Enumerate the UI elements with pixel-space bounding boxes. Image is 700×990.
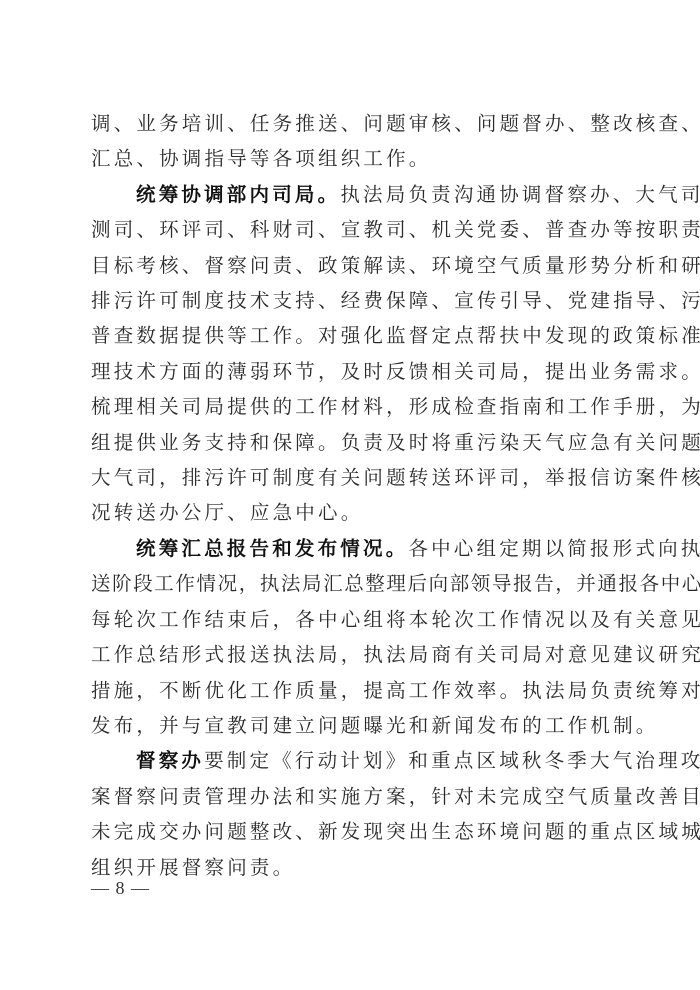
text-span: 要制定《行动计划》和重点区域秋冬季大气治理攻坚方 — [204, 749, 700, 772]
text-line: 组织开展督察问责。 — [91, 850, 635, 885]
text-line: 梳理相关司局提供的工作材料，形成检查指南和工作手册，为工作 — [91, 389, 635, 424]
text-line: 普查数据提供等工作。对强化监督定点帮扶中发现的政策标准、治 — [91, 318, 635, 353]
paragraph-1: 调、业务培训、任务推送、问题审核、问题督办、整改核查、情况 汇总、协调指导等各项… — [91, 106, 635, 177]
paragraph-4: 督察办要制定《行动计划》和重点区域秋冬季大气治理攻坚方 案督察问责管理办法和实施… — [91, 743, 635, 885]
text-line: 调、业务培训、任务推送、问题审核、问题督办、整改核查、情况 — [91, 106, 635, 141]
text-line: 况转送办公厅、应急中心。 — [91, 495, 635, 530]
paragraph-heading: 统筹协调部内司局。 — [136, 183, 340, 206]
text-line: 案督察问责管理办法和实施方案，针对未完成空气质量改善目标、 — [91, 779, 635, 814]
text-line: 大气司，排污许可制度有关问题转送环评司，举报信访案件核实情 — [91, 460, 635, 495]
paragraph-heading: 督察办 — [136, 749, 204, 772]
text-span: 执法局负责沟通协调督察办、大气司、监 — [340, 183, 700, 206]
text-line: 每轮次工作结束后，各中心组将本轮次工作情况以及有关意见建议以 — [91, 602, 635, 637]
page-number: — 8 — — [91, 878, 150, 899]
document-body: 调、业务培训、任务推送、问题审核、问题督办、整改核查、情况 汇总、协调指导等各项… — [91, 106, 635, 885]
text-line: 督察办要制定《行动计划》和重点区域秋冬季大气治理攻坚方 — [91, 743, 635, 778]
text-line: 送阶段工作情况，执法局汇总整理后向部领导报告，并通报各中心组。 — [91, 566, 635, 601]
text-line: 测司、环评司、科财司、宣教司、机关党委、普查办等按职责做好 — [91, 212, 635, 247]
paragraph-heading: 统筹汇总报告和发布情况。 — [136, 537, 408, 560]
text-line: 未完成交办问题整改、新发现突出生态环境问题的重点区域城市， — [91, 814, 635, 849]
text-line: 工作总结形式报送执法局，执法局商有关司局对意见建议研究后提出 — [91, 637, 635, 672]
text-line: 目标考核、督察问责、政策解读、环境空气质量形势分析和研判、 — [91, 248, 635, 283]
text-line: 组提供业务支持和保障。负责及时将重污染天气应急有关问题转送 — [91, 425, 635, 460]
text-line: 统筹汇总报告和发布情况。各中心组定期以简报形式向执法局报 — [91, 531, 635, 566]
text-line: 措施，不断优化工作质量，提高工作效率。执法局负责统筹对外信息 — [91, 673, 635, 708]
paragraph-2: 统筹协调部内司局。执法局负责沟通协调督察办、大气司、监 测司、环评司、科财司、宣… — [91, 177, 635, 531]
text-span: 各中心组定期以简报形式向执法局报 — [408, 537, 700, 560]
text-line: 理技术方面的薄弱环节，及时反馈相关司局，提出业务需求。汇总 — [91, 354, 635, 389]
text-line: 汇总、协调指导等各项组织工作。 — [91, 141, 635, 176]
paragraph-3: 统筹汇总报告和发布情况。各中心组定期以简报形式向执法局报 送阶段工作情况，执法局… — [91, 531, 635, 743]
text-line: 排污许可制度技术支持、经费保障、宣传引导、党建指导、污染源 — [91, 283, 635, 318]
text-line: 统筹协调部内司局。执法局负责沟通协调督察办、大气司、监 — [91, 177, 635, 212]
text-line: 发布，并与宣教司建立问题曝光和新闻发布的工作机制。 — [91, 708, 635, 743]
